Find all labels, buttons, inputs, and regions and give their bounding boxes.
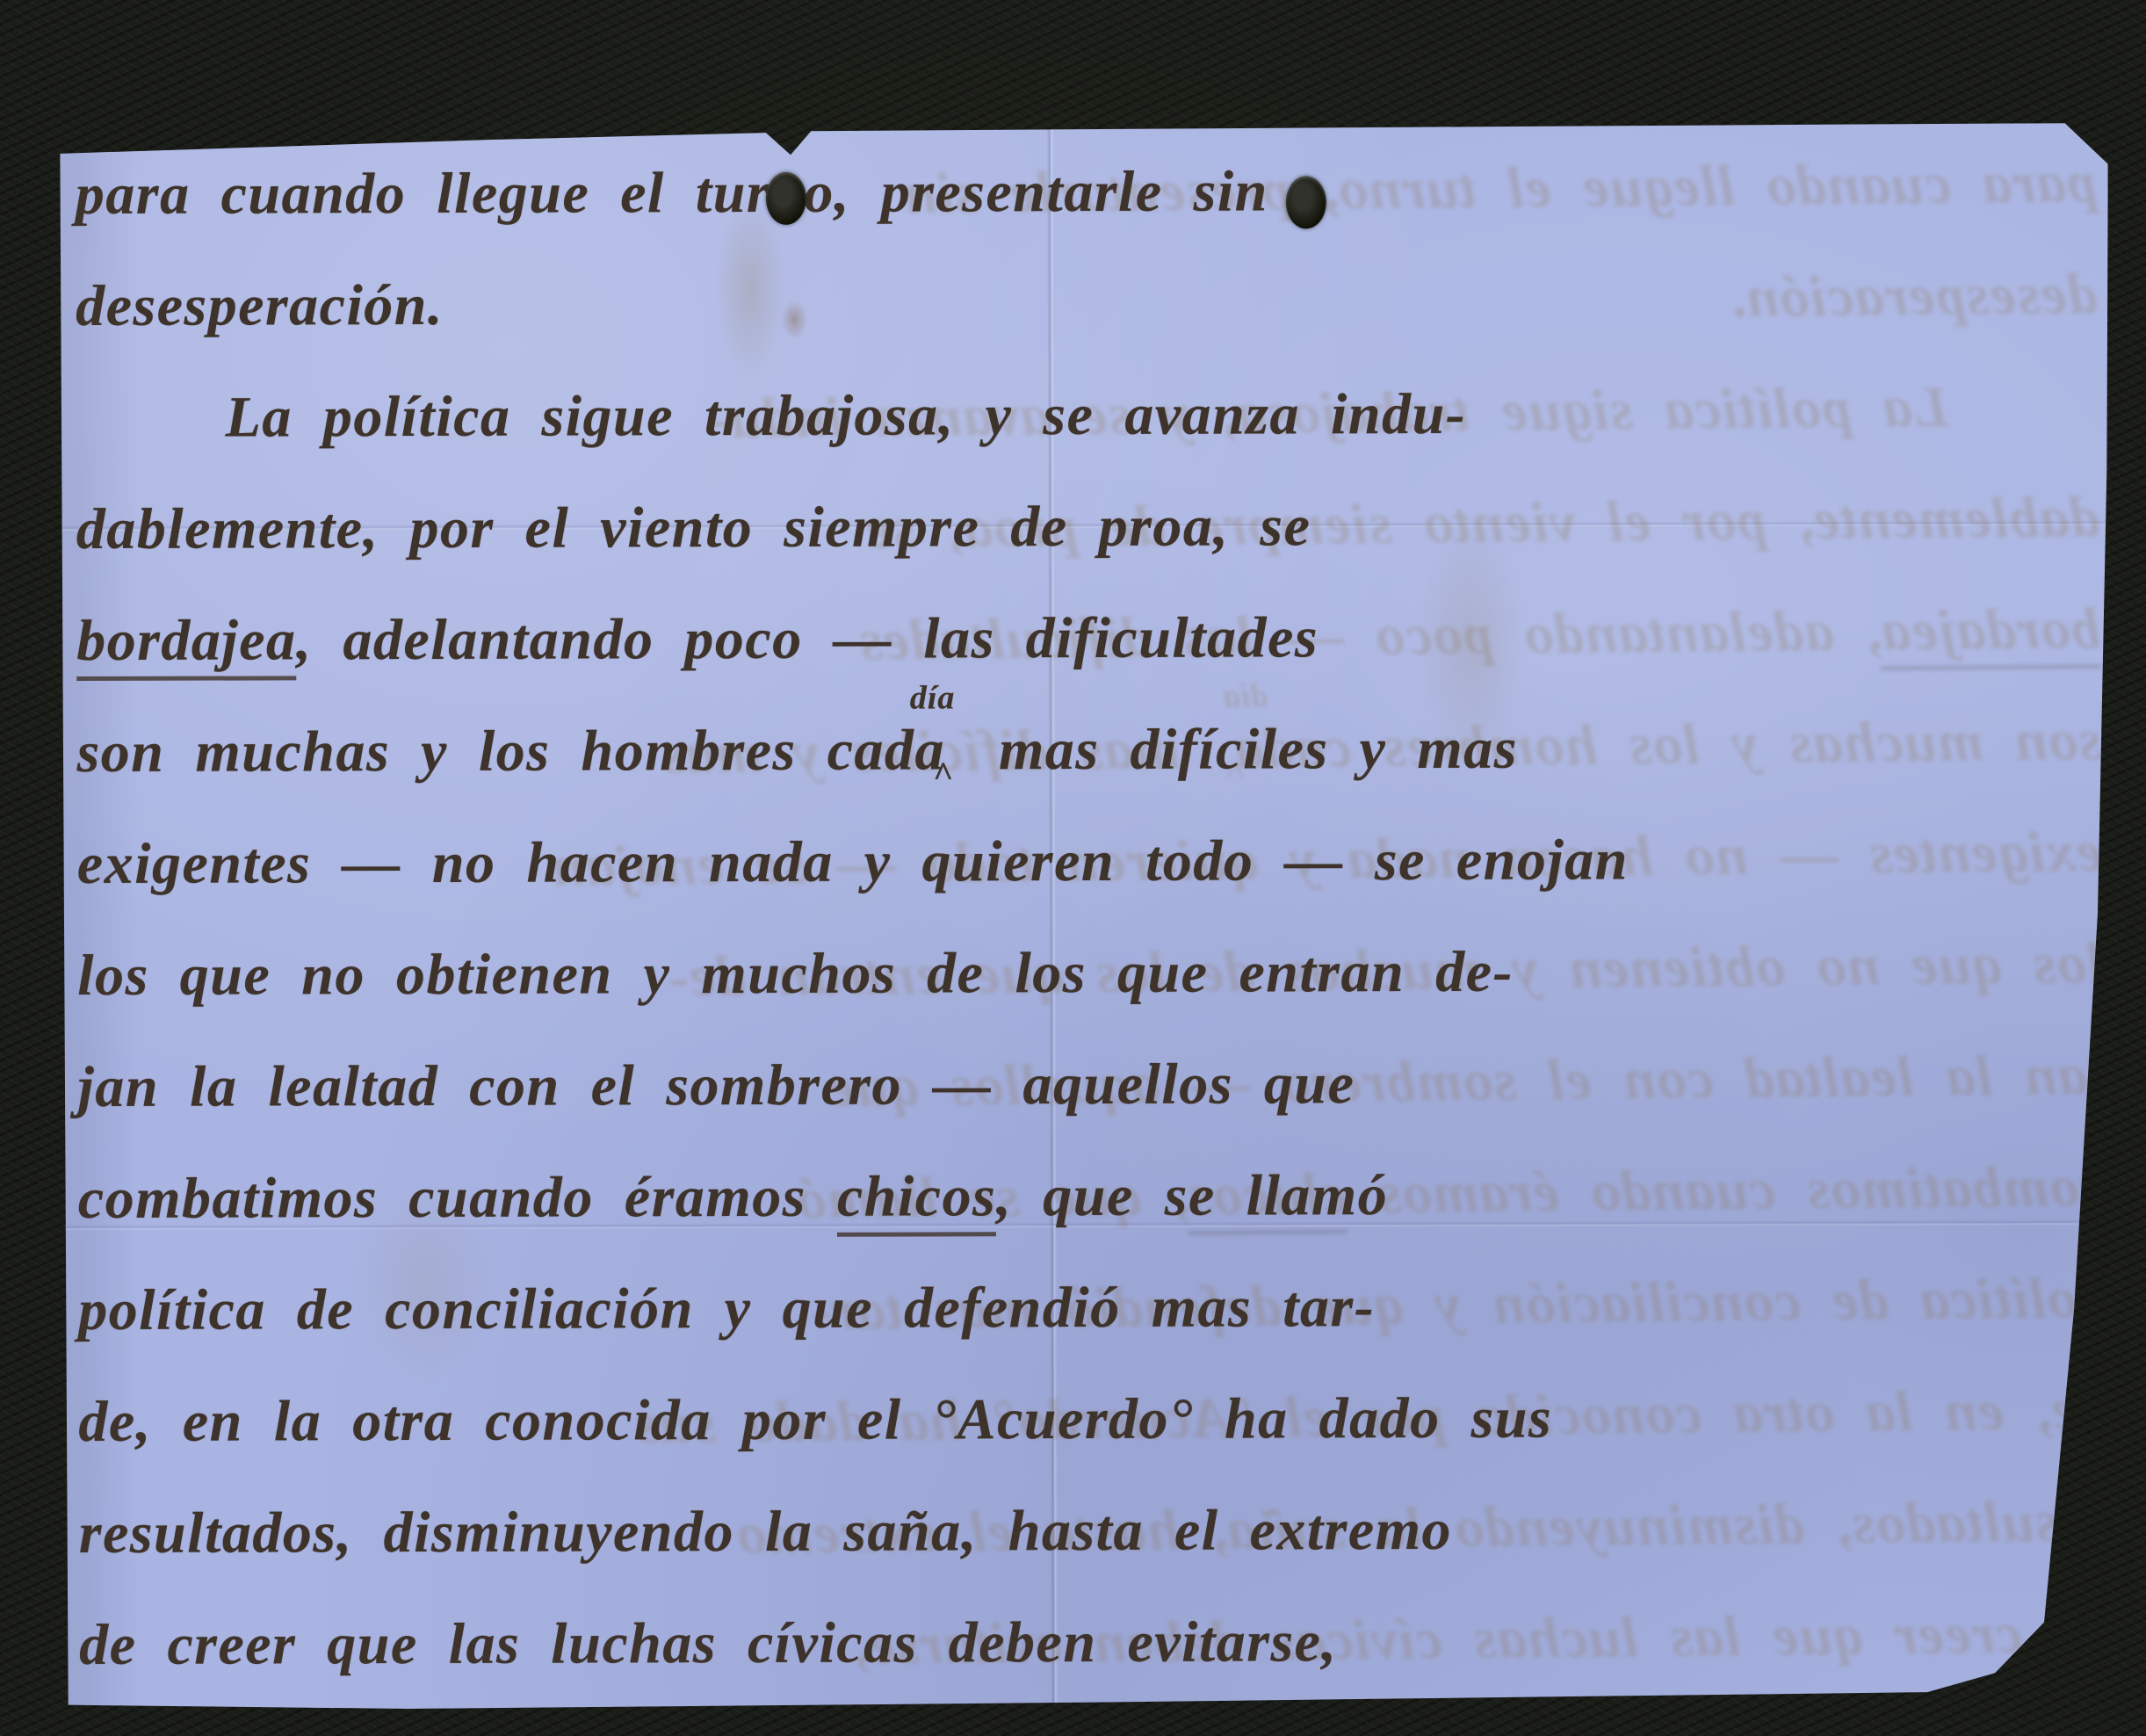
handwritten-text: para cuando llegue el turno, presentarle… <box>76 159 1268 227</box>
handwritten-line: política de conciliación y que defendió … <box>78 1249 2088 1366</box>
punch-hole-right <box>1286 176 1326 228</box>
handwritten-line: son muchas y los hombres cadadía^ mas di… <box>76 691 2086 808</box>
punch-hole-left <box>766 172 806 225</box>
handwritten-text: combatimos cuando éramos <box>78 1165 837 1231</box>
handwritten-line: combatimos cuando éramos chicos, que se … <box>78 1138 2088 1255</box>
letter-paper: para cuando llegue el turno, presentarle… <box>56 123 2113 1710</box>
handwritten-text: exigentes — no hacen nada y quieren todo… <box>77 828 1629 896</box>
inserted-word: día^ <box>945 711 968 769</box>
handwritten-text: resultados, disminuyendo la saña, hasta … <box>79 1498 1452 1566</box>
handwritten-line: jan la lealtad con el sombrero — aquello… <box>77 1026 2087 1143</box>
handwritten-text: de creer que las luchas cívicas deben ev… <box>79 1609 1337 1677</box>
handwritten-text: mas difíciles y mas <box>968 717 1518 783</box>
handwritten-line: bordajea, adelantando poco — las dificul… <box>76 580 2086 697</box>
handwritten-text: son muchas y los hombres cada <box>76 718 945 785</box>
handwritten-text: , adelantando poco — las dificultades <box>296 605 1319 672</box>
handwritten-text: jan la lealtad con el sombrero — aquello… <box>77 1052 1355 1119</box>
handwritten-text: los que no obtienen y muchos de los que … <box>77 940 1514 1008</box>
handwriting-block: para cuando llegue el turno, presentarle… <box>76 134 2090 1710</box>
handwritten-line: para cuando llegue el turno, presentarle… <box>76 134 2085 250</box>
handwritten-line: exigentes — no hacen nada y quieren todo… <box>77 803 2087 920</box>
handwritten-line: La política sigue trabajosa, y se avanza… <box>76 357 2085 474</box>
handwritten-text: desesperación. <box>76 273 444 338</box>
handwritten-line: resultados, disminuyendo la saña, hasta … <box>79 1472 2089 1589</box>
handwritten-text: dablemente, por el viento siempre de pro… <box>76 494 1311 561</box>
handwritten-line: de creer que las luchas cívicas deben ev… <box>79 1584 2089 1701</box>
handwritten-text: de, en la otra conocida por el °Acuerdo°… <box>78 1386 1552 1454</box>
caret-mark: ^ <box>933 756 954 792</box>
handwritten-line: los que no obtienen y muchos de los que … <box>77 915 2087 1031</box>
handwritten-line: desesperación. <box>76 245 2085 362</box>
handwritten-text: , que se llamó <box>996 1163 1388 1228</box>
handwritten-line: de, en la otra conocida por el °Acuerdo°… <box>78 1361 2088 1478</box>
handwritten-text: política de conciliación y que defendió … <box>78 1275 1375 1342</box>
inserted-word-text: día <box>910 681 956 714</box>
handwritten-text: bordajea <box>76 608 297 681</box>
handwritten-line: dablemente, por el viento siempre de pro… <box>76 468 2086 585</box>
handwritten-text: chicos <box>837 1164 997 1236</box>
handwritten-text: La política sigue trabajosa, y se avanza… <box>225 382 1466 450</box>
